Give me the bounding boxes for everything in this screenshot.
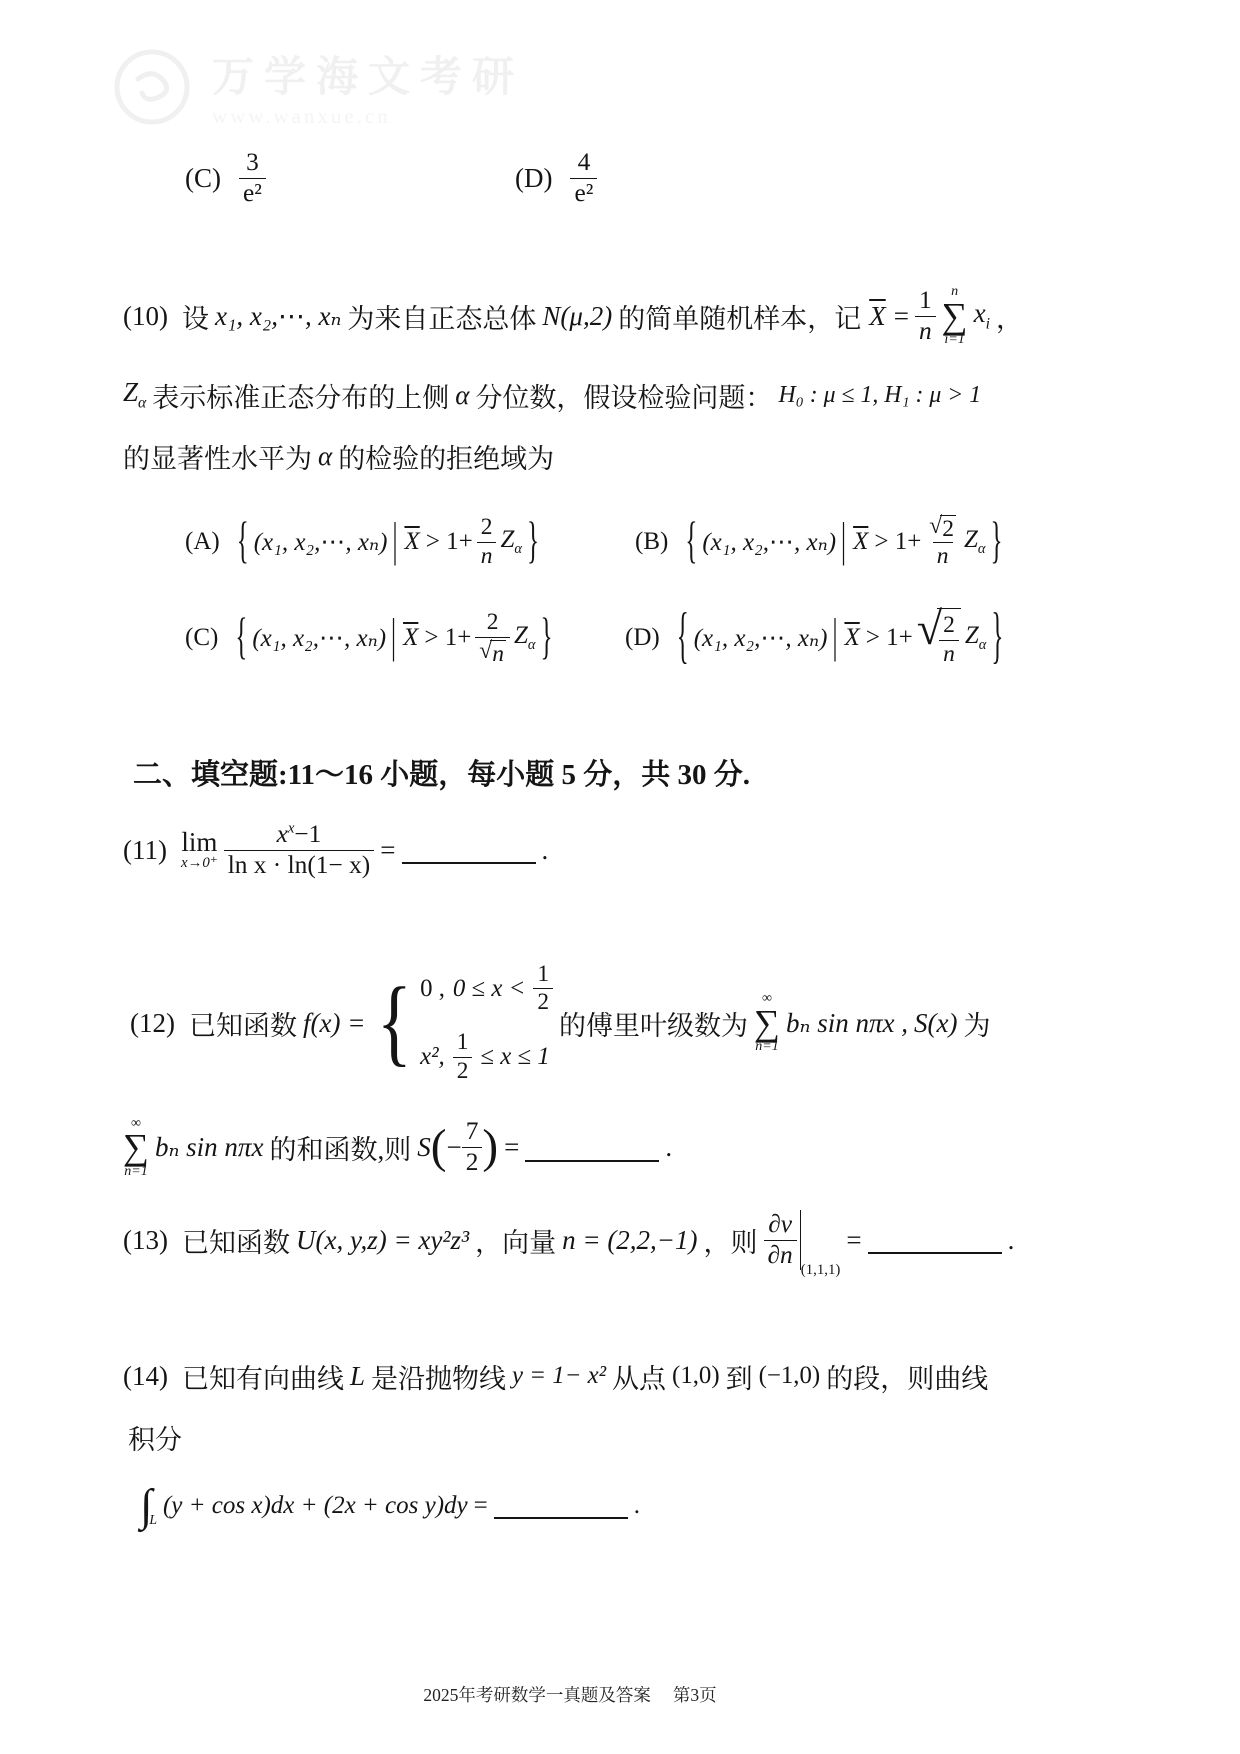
option-label: (D) [625,624,660,652]
function-name: S [417,1132,431,1163]
inequality: > 1+ [426,528,473,556]
question-10-line-2: Zα 表示标准正态分布的上侧 α 分位数，假设检验问题： H₀ : μ ≤ 1,… [123,368,981,422]
fraction: 3 e² [239,148,266,209]
radical: √2 [929,515,956,542]
question-text: 分位数，假设检验问题： [475,376,772,415]
equals-sign: = [894,301,909,332]
right-brace: } [990,603,1004,673]
question-number: (10) [123,301,168,332]
fraction-numerator: 3 [242,148,263,178]
fraction: xx−1 ln x · ln(1− x) [224,820,375,881]
period: . [1008,1225,1015,1256]
vector-def: n = (2,2,−1) [562,1225,697,1256]
fraction-denominator: n [939,640,959,669]
alpha: α [455,380,469,411]
sample-tuple: (x₁, x₂,⋯, xₙ) [252,623,386,653]
fraction-numerator: 2 [483,609,503,637]
question-number: (12) [130,1008,175,1039]
answer-blank [494,1492,628,1518]
footer-page-number: 第3页 [673,1682,717,1707]
x-bar: X [842,624,861,652]
fraction-denominator: ln x · ln(1− x) [224,850,375,881]
radicand: n [490,640,506,667]
watermark-url: www.wanxue.cn [212,104,524,129]
answer-blank [868,1226,1002,1254]
fraction: 2 n [939,612,959,668]
equals-sign: = [380,835,395,866]
z-alpha: Zα [500,526,522,558]
minus-sign: − [446,1132,461,1163]
question-text: 的检验的拒绝域为 [338,437,554,476]
q10-option-c: (C) { (x₁, x₂,⋯, xₙ) | X > 1+ 2 √n Zα } [185,594,553,682]
fraction-numerator: 1 [915,286,936,316]
option-label: (C) [185,624,218,652]
comma: ， [996,297,1023,336]
such-that-bar: | [390,611,397,664]
option-label: (D) [515,163,552,194]
limit-label: lim [181,828,217,856]
alpha: α [318,441,332,472]
equals-sign: = [474,1492,488,1520]
summation: n ∑ i=1 [942,284,968,348]
question-text: 表示标准正态分布的上侧 [152,376,449,415]
function-def: U(x, y,z) = xy²z³ [296,1225,469,1256]
summation: ∞ ∑ n=1 [123,1116,149,1180]
question-12-line-1: (12) 已知函数 f(x) = { 0 , 0 ≤ x < 1 2 x², 1 [130,960,990,1086]
summation: ∞ ∑ n=1 [754,991,780,1055]
fraction: 7 2 [462,1117,483,1178]
distribution: N(μ,2) [542,301,612,332]
question-14-line-1: (14) 已知有向曲线 L 是沿抛物线 y = 1− x² 从点 (1,0) 到… [123,1352,988,1400]
equals-sign: = [846,1225,861,1256]
period: . [542,835,549,866]
cases-brace: { [377,979,412,1066]
option-label: (C) [185,163,221,194]
question-14-line-3: ∫ L (y + cos x)dx + (2x + cos y)dy = . [140,1478,640,1533]
fraction: 1 2 [453,1029,473,1085]
question-number: (11) [123,835,167,866]
fraction: ∂v ∂n [764,1210,797,1271]
fraction-numerator: xx−1 [273,820,326,850]
fraction-denominator: √n [475,637,510,667]
such-that-bar: | [831,611,838,664]
q10-option-b: (B) { (x₁, x₂,⋯, xₙ) | X > 1+ √2 n Zα } [635,498,1003,586]
piecewise-cases: { 0 , 0 ≤ x < 1 2 x², 1 2 ≤ x ≤ 1 [371,961,553,1085]
right-brace: } [989,513,1003,570]
radicand: 2 n [937,608,961,668]
fraction-denominator: n [477,542,497,571]
z-alpha: Zα [123,377,146,412]
right-brace: } [539,609,553,666]
case-condition: ≤ x ≤ 1 [480,1043,549,1071]
fraction-numerator: 2 [477,514,497,542]
fraction-numerator: 2 [939,612,959,640]
such-that-bar: | [391,515,398,568]
sample-tuple: (x₁, x₂,⋯, xₙ) [694,623,828,653]
question-text: 积分 [128,1418,182,1457]
sum-lower-limit: n=1 [124,1164,148,1179]
series-term: bₙ sin nπx , [786,1008,908,1039]
fraction-numerator: 4 [574,148,595,178]
start-point: (1,0) [672,1362,720,1390]
question-text: 的和函数,则 [269,1128,411,1167]
question-14-line-2: 积分 [128,1414,182,1460]
question-10-line-1: (10) 设 x₁, x₂,⋯, xₙ 为来自正态总体 N(μ,2) 的简单随机… [123,285,1023,347]
inequality: > 1+ [424,624,471,652]
question-text: 设 [182,297,209,336]
q10-option-d: (D) { (x₁, x₂,⋯, xₙ) | X > 1+ √ 2 n Zα } [625,594,1004,682]
fraction: 1 n [915,286,936,347]
question-text: ，则 [704,1221,758,1260]
series-term: bₙ sin nπx [155,1132,263,1163]
question-text: 为 [963,1004,990,1043]
directional-derivative: ∂v ∂n (1,1,1) [764,1210,841,1271]
inequality: > 1+ [866,624,913,652]
end-point: (−1,0) [759,1362,821,1390]
equals-sign: = [504,1132,519,1163]
x-bar: X [402,528,421,556]
left-brace: { [676,603,690,673]
fraction: 4 e² [570,148,597,209]
question-text: 为来自正态总体 [347,297,536,336]
curve-equation: y = 1− x² [512,1362,606,1390]
sample-sequence: x₁, x₂,⋯, xₙ [215,301,341,332]
question-text: 已知有向曲线 [182,1357,344,1396]
function-def: f(x) = [303,1008,365,1039]
prev-option-d: (D) 4 e² [515,145,597,211]
s-evaluation: S ( − 7 2 ) [417,1117,498,1178]
period: . [665,1132,672,1163]
answer-blank [402,836,536,864]
option-label: (A) [185,528,220,556]
radical: √ 2 n [917,608,961,668]
case-row: 0 , 0 ≤ x < 1 2 [420,961,553,1017]
page-footer: 2025年考研数学一真题及答案 第3页 [0,1682,1140,1707]
watermark-brand: 万学海文考研 [212,44,524,104]
question-number: (13) [123,1225,168,1256]
left-brace: { [236,513,250,570]
hypotheses: H₀ : μ ≤ 1, H₁ : μ > 1 [778,382,981,409]
integrand: (y + cos x)dx + (2x + cos y)dy [163,1492,468,1520]
section-2-header: 二、填空题:11～16 小题，每小题 5 分，共 30 分. [133,752,750,793]
sample-tuple: (x₁, x₂,⋯, xₙ) [702,527,836,557]
integral-subscript: L [149,1512,157,1528]
radicand: 2 [940,515,956,542]
x-sub-i: xi [974,298,990,333]
left-brace: { [684,513,698,570]
curve-name: L [350,1361,365,1392]
fraction-denominator: ∂n [764,1240,797,1271]
case-row: x², 1 2 ≤ x ≤ 1 [420,1029,553,1085]
fraction-numerator: √2 [925,513,960,542]
exam-page: 万学海文考研 www.wanxue.cn (C) 3 e² (D) 4 e² (… [0,0,1240,1754]
question-10-line-3: 的显著性水平为 α 的检验的拒绝域为 [123,432,554,480]
period: . [634,1492,640,1520]
fraction: 2 √n [475,609,510,666]
question-text: 的段，则曲线 [826,1357,988,1396]
fraction: 1 2 [533,961,553,1017]
sum-lower-limit: n=1 [755,1039,779,1054]
question-text: 的显著性水平为 [123,437,312,476]
x-bar: X [401,624,420,652]
question-text: 到 [726,1357,753,1396]
prev-option-c: (C) 3 e² [185,145,266,211]
question-text: 的傅里叶级数为 [559,1004,748,1043]
radical: √n [479,640,506,667]
question-text: 已知函数 [189,1004,297,1043]
fraction-denominator: e² [570,178,597,209]
question-text: 是沿抛物线 [371,1357,506,1396]
fraction: √2 n [925,513,960,570]
question-13: (13) 已知函数 U(x, y,z) = xy²z³ ，向量 n = (2,2… [123,1204,1014,1276]
such-that-bar: | [840,515,847,568]
sample-tuple: (x₁, x₂,⋯, xₙ) [254,527,388,557]
sigma-icon: ∑ [754,1007,780,1040]
evaluation-bar [800,1210,801,1270]
fraction-denominator: n [933,542,953,571]
limit-subscript: x→0⁺ [181,856,218,872]
fraction: 2 n [477,514,497,570]
case-value: 0 , [420,975,445,1003]
question-text: 从点 [612,1357,666,1396]
watermark: 万学海文考研 www.wanxue.cn [112,44,524,129]
inequality: > 1+ [874,528,921,556]
footer-title: 2025年考研数学一真题及答案 [423,1682,651,1707]
x-bar: X [867,301,888,332]
question-number: (14) [123,1361,168,1392]
left-paren: ( [431,1124,447,1171]
option-label: (B) [635,528,668,556]
q10-option-a: (A) { (x₁, x₂,⋯, xₙ) | X > 1+ 2 n Zα } [185,498,540,586]
limit: lim x→0⁺ [181,828,218,872]
sigma-icon: ∑ [123,1131,149,1164]
left-brace: { [234,609,248,666]
question-text: ，向量 [475,1221,556,1260]
question-12-line-2: ∞ ∑ n=1 bₙ sin nπx 的和函数,则 S ( − 7 2 ) = … [123,1110,672,1185]
question-text: 的简单随机样本，记 [618,297,861,336]
fraction-denominator: n [915,316,936,347]
fraction-denominator: e² [239,178,266,209]
watermark-logo-icon [112,47,192,127]
z-alpha: Zα [964,526,986,558]
x-bar: X [851,528,870,556]
question-11: (11) lim x→0⁺ xx−1 ln x · ln(1− x) = . [123,812,548,888]
sum-function: S(x) [914,1008,957,1039]
z-alpha: Zα [514,622,536,654]
case-value: x², [420,1043,445,1071]
fraction-numerator: ∂v [764,1210,796,1240]
case-condition: 0 ≤ x < [453,975,525,1003]
evaluation-point: (1,1,1) [801,1262,841,1279]
sigma-icon: ∑ [942,300,968,333]
z-alpha: Zα [965,622,987,654]
sum-lower-limit: i=1 [944,332,964,347]
right-paren: ) [482,1124,498,1171]
right-brace: } [526,513,540,570]
question-text: 已知函数 [182,1221,290,1260]
line-integral: ∫ L [140,1485,157,1526]
answer-blank [525,1133,659,1161]
